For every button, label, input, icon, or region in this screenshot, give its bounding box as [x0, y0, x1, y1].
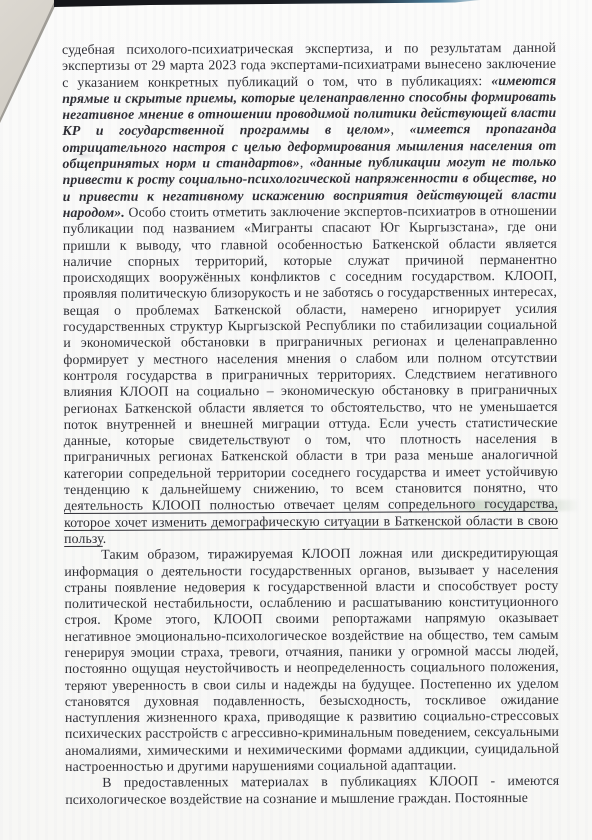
paragraph: Таким образом, тиражируемая КЛООП ложная… — [64, 545, 559, 775]
text-segment-normal: Особо стоить отметить заключение эксперт… — [63, 203, 558, 497]
text-segment-normal: , — [391, 122, 410, 137]
text-segment-normal: , — [300, 155, 310, 170]
text-segment-normal: . — [103, 531, 107, 546]
document-text-block: судебная психолого-психиатрическая экспе… — [62, 40, 559, 808]
text-segment-normal: В предоставленных материалах в публикаци… — [65, 773, 559, 806]
text-segment-normal: судебная психолого-психиатрическая экспе… — [62, 40, 556, 90]
paragraph: В предоставленных материалах в публикаци… — [65, 773, 559, 808]
paragraph: судебная психолого-психиатрическая экспе… — [62, 40, 558, 547]
text-segment-normal: Таким образом, тиражируемая КЛООП ложная… — [64, 545, 559, 774]
scanned-page: судебная психолого-психиатрическая экспе… — [0, 0, 592, 840]
scanner-background-corner — [0, 0, 70, 130]
text-segment-underline: деятельность КЛООП полностью отвечает це… — [64, 496, 558, 546]
scan-edge-shadow — [0, 0, 592, 9]
